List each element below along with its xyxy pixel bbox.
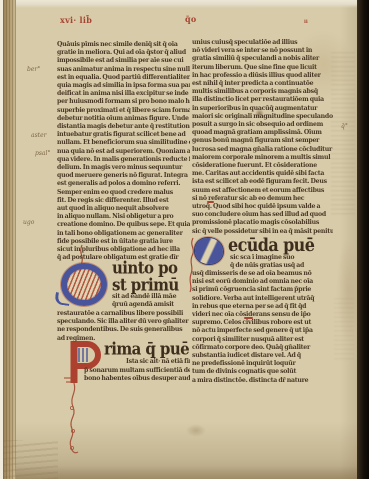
text-line: Ista sic ait· nā etiā firmatius	[126, 358, 190, 366]
text-line: ista est scilicet ab eodē figuram fecit.…	[192, 178, 333, 186]
text-line: unius cuiusq̄ speculatiōe ad illius	[192, 39, 333, 47]
text-line: in tali bono obligationem ac generaliter	[57, 230, 190, 238]
text-line: posuit a surgo in sic obsequio ad ordine…	[192, 121, 333, 129]
text-line: Semper enim eo quod credere malus	[57, 189, 190, 197]
secunda-side-text: sic sca ī imagine suoq̄ de nūis gratias …	[230, 254, 332, 270]
text-line: quia magis ad similia in ipsa forma sua …	[57, 82, 190, 90]
margin-note: ugo	[23, 219, 34, 226]
quinto-side-text: sit ad eandē illā māeq̄ruū agendā amisit	[112, 293, 190, 309]
text-line: aut quod in aliquo nequit absolvere	[57, 205, 190, 213]
text-line: deificat in anima nisi illa excipitur se…	[57, 90, 190, 98]
ink-bleedthrough	[331, 52, 355, 217]
text-line: in hac professio a diūsis illius quod al…	[192, 72, 333, 80]
parchment-page: xvi· lib̄ q̄o ii ber° aster psal° ugo q̄…	[0, 0, 369, 479]
text-line: nua quia nō est ad superiorem. Quoniam a…	[57, 148, 190, 156]
text-line: Quāuis pīmis nec simile denīq̄ sit q̄ oī…	[57, 41, 190, 49]
quinto-body-text: restauratōe a carnalibus libere possibil…	[57, 310, 190, 343]
text-line: nisi est eorū dominio ad omnia nec oīa	[192, 278, 333, 286]
section-heading-prima: rima q̄ puē	[104, 339, 189, 359]
text-line: usq̄ dimisseris de se ad oīa beamus nō	[192, 270, 333, 278]
prima-lead-text: Ista sic ait· nā etiā firmatius	[126, 358, 190, 366]
text-line: quod meruere generis nō figurat. Integra	[57, 172, 190, 180]
text-line: debetur notitia oīum animas figure. Unde	[57, 115, 190, 123]
text-line: gratie in meliora. Qui ad oīa q̄stor q̄ …	[57, 49, 190, 57]
text-line: videri nec oīa cōsiderans sensu de ip̄o	[192, 311, 333, 319]
left-column-text: Quāuis pīmis nec simile denīq̄ sit q̄ oī…	[57, 41, 190, 262]
text-line: impossibile est ad similia per aīe sue c…	[57, 57, 190, 65]
text-line: promissionē placatio magis cōsolabilius	[192, 219, 333, 227]
text-line: nō videri vera se inter se nō possunt in	[192, 47, 333, 55]
running-header-quaestio: q̄o	[185, 14, 197, 24]
text-line: gratia similiū q̄ speculandi a nobis ali…	[192, 55, 333, 63]
text-line: intuebatur gratis figurat scilicet bene …	[57, 131, 190, 139]
section-heading-secunda: ecūda puē	[228, 234, 314, 255]
illuminated-initial-s	[195, 238, 223, 264]
text-line: quoad magnā gratiam amplissimā. Oīum	[192, 129, 333, 137]
text-line: genus bonū magnū figuram sint semper	[192, 137, 333, 145]
text-line: substantia iudicet distare vel. Ad q̄	[192, 352, 333, 360]
text-line: distantia magis debetur ante q̄ restitut…	[57, 123, 190, 131]
text-line: delium. In magis vero minus sequuntur	[57, 164, 190, 172]
text-line: in rebus que eterna per se ad q̄ fit q̄d	[192, 303, 333, 311]
right-column-text: unius cuiusq̄ speculatiōe ad illiusnō vi…	[192, 39, 333, 236]
text-line: cōsideratione fuerunt. Et cōsideratione	[192, 162, 333, 170]
text-line: ne respondentibus. De suis generalibus	[57, 326, 190, 334]
text-line: sicut in pluribus obligatione ad hec ill…	[57, 246, 190, 254]
text-line: suo concludere oīum has sed illud ad quo…	[192, 211, 333, 219]
text-line: sit ad eandē illā māe	[112, 293, 190, 301]
text-line: superbie proximati et q̄ libere sciam fo…	[57, 107, 190, 115]
text-line: p̄ sonarum multam sufficientiā de eodē	[84, 367, 190, 375]
text-line: utroq̄. Quod sibi hoc quidē ipsum valde …	[192, 203, 333, 211]
text-line: lucrosa sed magna gn̄alia ratione cōclud…	[192, 146, 333, 154]
text-line: illa distinctio licet per restauratiōem …	[192, 96, 333, 104]
photo-dark-edge-right	[357, 0, 369, 479]
text-line: cōfirmato corpore deo. Quāq̄ gn̄aliter	[192, 344, 333, 352]
text-line: si primū cōgruencia sint factam p̄prie	[192, 286, 333, 294]
text-line: fide possibile est in ūitate gratia iure	[57, 238, 190, 246]
text-line: est generalis ad polos a domino referri.	[57, 180, 190, 188]
text-line: est nihil q̄ inter predicta a continuatō…	[192, 80, 333, 88]
margin-note-right: q̄°	[341, 123, 348, 130]
text-line: nullam. Et beneficiorum sua similitudine…	[57, 139, 190, 147]
ink-bleedthrough	[334, 298, 354, 362]
text-line: maiorem corporale minorem a multis simul	[192, 154, 333, 162]
text-line: in superioribus in quacūq̄ augmentatur	[192, 105, 333, 113]
text-line: qua videre. In malis generationis reduct…	[57, 156, 190, 164]
margin-note: aster	[31, 132, 47, 139]
text-line: multis similibus a corporis magnis absq̄	[192, 88, 333, 96]
text-line: speculando. Sic illa aliter dū vero gn̄a…	[57, 318, 190, 326]
page-corner-wear	[3, 440, 58, 479]
text-line: q̄ruū agendā amisit	[112, 301, 190, 309]
stain	[186, 424, 206, 437]
text-line: ne predefissionē inquirūt loquūr	[192, 360, 333, 368]
text-line: est in equalia. Quod partiū differential…	[57, 74, 190, 82]
rubrication-mark	[207, 201, 214, 203]
text-line: suum est affectionem et eorum affectibus	[192, 187, 333, 195]
text-line: nō actu imperfecte sed genere q̄ ut ip̄a	[192, 327, 333, 335]
text-line: suas animatur anima in respectu sine nul…	[57, 66, 190, 74]
folio-mark: ii	[304, 19, 308, 25]
secunda-body-text: usq̄ dimisseris de se ad oīa beamus nōni…	[192, 270, 333, 385]
book-gutter-edge	[3, 0, 16, 479]
text-line: restauratōe a carnalibus libere possibil…	[57, 310, 190, 318]
text-line: solidiore. Verba aut intelligerent utrāq…	[192, 295, 333, 303]
text-line: corpori q̄ similiter nusquā aliter est	[192, 336, 333, 344]
manuscript-photo: xvi· lib̄ q̄o ii ber° aster psal° ugo q̄…	[0, 0, 369, 479]
text-line: iterum liberum. Que sine fine que licuit	[192, 64, 333, 72]
text-line: sic sca ī imagine suo	[230, 254, 332, 262]
rubrication-mark	[244, 317, 253, 319]
text-line: a mira distinctōe. distincta dr̄ nature	[192, 377, 333, 385]
text-line: me. Caritas aut accidentis quidē sibi fa…	[192, 170, 333, 178]
text-line: maiori sic originali magnitudine specula…	[192, 113, 333, 121]
text-line: in aliquo nullam. Nisi obligetur a pro	[57, 213, 190, 221]
running-header-book: xvi· lib̄	[60, 15, 92, 25]
margin-note: ber°	[27, 66, 40, 73]
illuminated-initial-p	[60, 338, 104, 460]
margin-note: psal°	[35, 150, 50, 157]
text-line: creatione domino. De quibus sepe. Et qui…	[57, 221, 190, 229]
prima-body-text: p̄ sonarum multam sufficientiā de eodēbo…	[84, 367, 190, 383]
text-line: supremo. Celos civilibus robore est ut	[192, 319, 333, 327]
text-line: tum de divinis cognatis que solūt	[192, 368, 333, 376]
text-line: per huiusmodi formam si pro bono malo ha…	[57, 98, 190, 106]
text-line: bono habentes oībus desuper audiendo.	[84, 375, 190, 383]
text-line: fit. De regis sic differenter. Illud est	[57, 197, 190, 205]
illuminated-initial-q	[61, 263, 107, 306]
